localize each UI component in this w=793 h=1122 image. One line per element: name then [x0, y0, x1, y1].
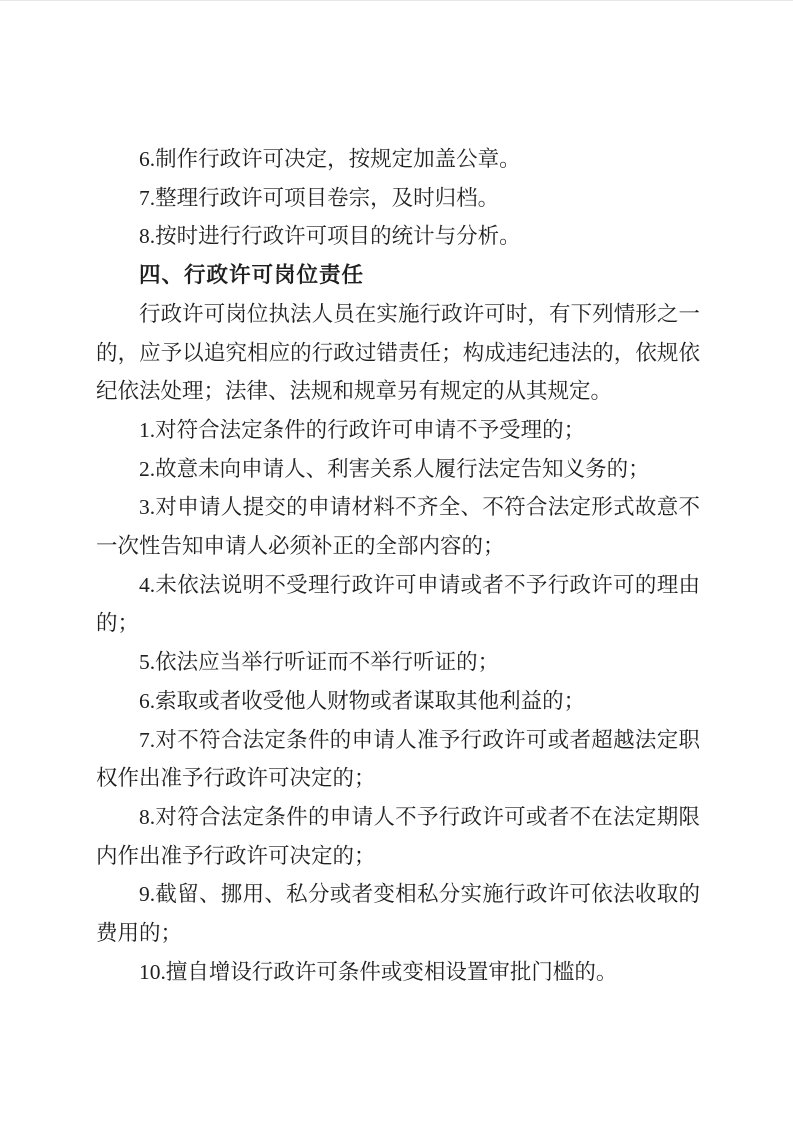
intro-paragraph: 行政许可岗位执法人员在实施行政许可时，有下列情形之一的，应予以追究相应的行政过错… [96, 295, 700, 411]
document-content: 6.制作行政许可决定，按规定加盖公章。 7.整理行政许可项目卷宗，及时归档。 8… [96, 140, 700, 991]
violation-item-2: 2.故意未向申请人、利害关系人履行法定告知义务的； [96, 450, 700, 489]
document-page: 6.制作行政许可决定，按规定加盖公章。 7.整理行政许可项目卷宗，及时归档。 8… [0, 0, 793, 1122]
violation-item-9: 9.截留、挪用、私分或者变相私分实施行政许可依法收取的费用的； [96, 875, 700, 952]
section-heading-post-responsibility: 四、行政许可岗位责任 [96, 256, 700, 295]
violation-item-7: 7.对不符合法定条件的申请人准予行政许可或者超越法定职权作出准予行政许可决定的； [96, 721, 700, 798]
violation-item-1: 1.对符合法定条件的行政许可申请不予受理的； [96, 411, 700, 450]
violation-item-4: 4.未依法说明不受理行政许可申请或者不予行政许可的理由的； [96, 566, 700, 643]
violation-item-3: 3.对申请人提交的申请材料不齐全、不符合法定形式故意不一次性告知申请人必须补正的… [96, 488, 700, 565]
list-item-8-statistics: 8.按时进行行政许可项目的统计与分析。 [96, 217, 700, 256]
list-item-6-make-decision: 6.制作行政许可决定，按规定加盖公章。 [96, 140, 700, 179]
violation-item-8: 8.对符合法定条件的申请人不予行政许可或者不在法定期限内作出准予行政许可决定的； [96, 798, 700, 875]
violation-item-10: 10.擅自增设行政许可条件或变相设置审批门槛的。 [96, 953, 700, 992]
violation-item-5: 5.依法应当举行听证而不举行听证的； [96, 643, 700, 682]
violation-item-6: 6.索取或者收受他人财物或者谋取其他利益的； [96, 682, 700, 721]
list-item-7-archive-files: 7.整理行政许可项目卷宗，及时归档。 [96, 179, 700, 218]
